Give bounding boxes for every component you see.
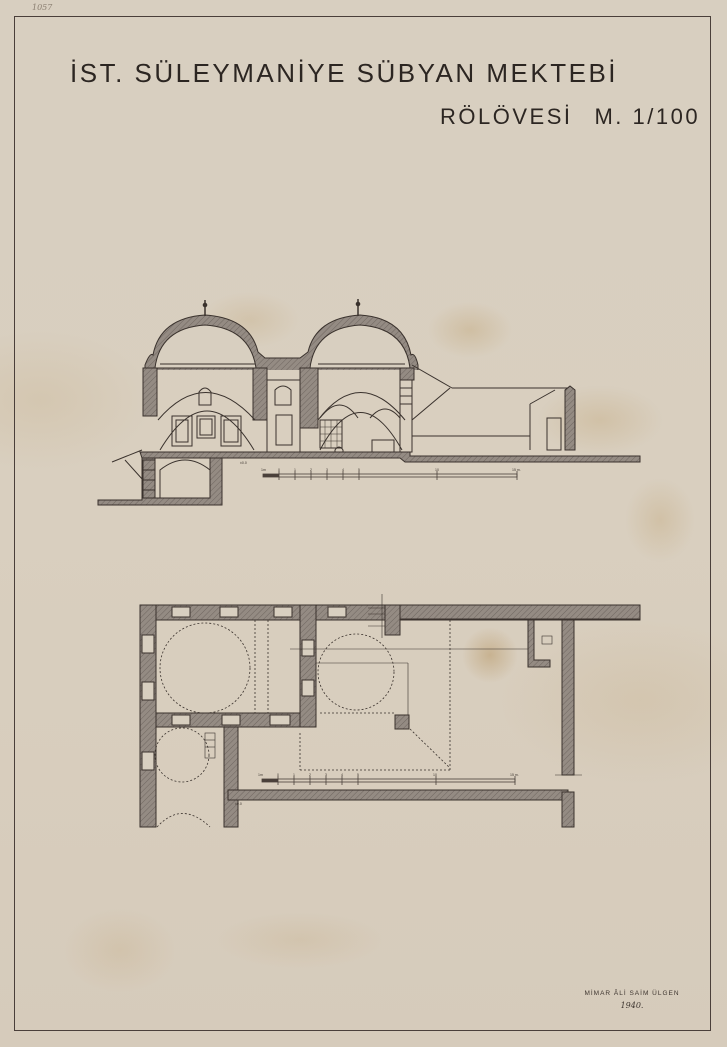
svg-text:2: 2 xyxy=(309,773,311,777)
plan-drawing xyxy=(140,594,640,827)
svg-text:1: 1 xyxy=(294,468,296,472)
svg-text:5: 5 xyxy=(357,773,359,777)
plan-elevation-mark: ±0.0 xyxy=(235,802,242,806)
svg-text:4: 4 xyxy=(342,468,344,472)
svg-text:3: 3 xyxy=(325,773,327,777)
svg-text:5: 5 xyxy=(358,468,360,472)
svg-text:0: 0 xyxy=(277,773,279,777)
svg-text:3: 3 xyxy=(326,468,328,472)
svg-text:15 m.: 15 m. xyxy=(512,468,521,472)
signature-block: MİMAR ÂLİ SAİM ÜLGEN 1940. xyxy=(577,990,687,1010)
svg-text:1: 1 xyxy=(293,773,295,777)
svg-text:1m: 1m xyxy=(258,773,263,777)
svg-text:0: 0 xyxy=(278,468,280,472)
svg-text:10: 10 xyxy=(433,773,437,777)
svg-text:10: 10 xyxy=(435,468,439,472)
svg-text:1m: 1m xyxy=(261,468,266,472)
svg-text:2: 2 xyxy=(310,468,312,472)
svg-text:15 m.: 15 m. xyxy=(510,773,519,777)
architect-name: MİMAR ÂLİ SAİM ÜLGEN xyxy=(577,990,687,997)
drawing-year: 1940. xyxy=(577,1001,687,1010)
architectural-drawings: 1m 0 1 2 3 4 5 10 15 m. ±0.0 xyxy=(0,0,727,1047)
section-scale-bar: 1m 0 1 2 3 4 5 10 15 m. ±0.0 xyxy=(240,461,521,480)
svg-text:4: 4 xyxy=(341,773,343,777)
section-elevation-mark: ±0.0 xyxy=(240,461,247,465)
